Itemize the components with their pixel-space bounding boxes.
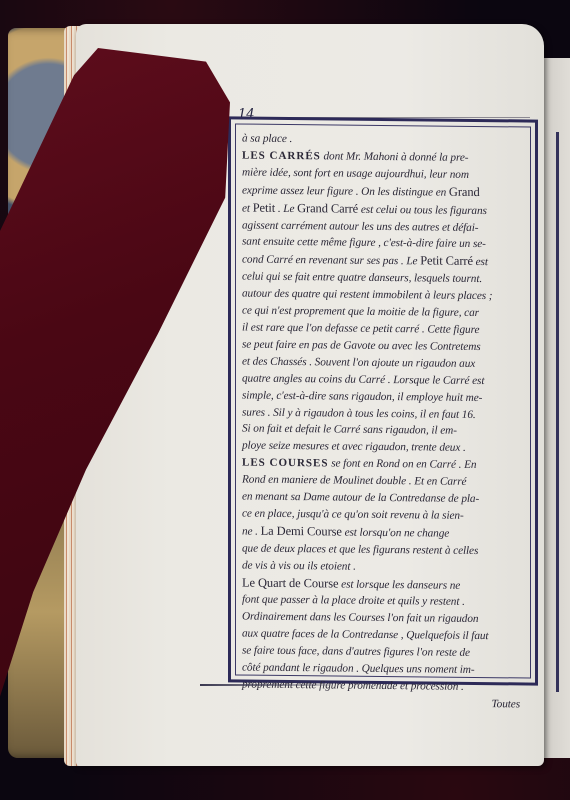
text-span: est lorsqu'on ne change (342, 526, 449, 539)
text-span: Petit Carré (420, 254, 473, 269)
text-line: et Petit . Le Grand Carré est celui ou t… (242, 199, 526, 220)
text-span: cond Carré en revenant sur ses pas . Le (242, 254, 420, 268)
text-span: font que passer à la place droite et qui… (242, 594, 465, 608)
text-span: sures . Sil y à rigaudon à tous les coin… (242, 406, 476, 420)
text-span: Rond en maniere de Moulinet double . Et … (242, 474, 466, 488)
facing-page-frame (556, 132, 570, 692)
text-span: et (242, 202, 253, 214)
text-span: se faire tous face, dans d'autres figure… (242, 645, 470, 659)
text-span: que de deux places et que les figurans r… (242, 542, 478, 556)
text-span: ne . (242, 525, 261, 537)
text-span: La Demi Course (261, 524, 342, 539)
text-span: sant ensuite cette même figure , c'est-à… (242, 236, 486, 251)
text-span: Le Quart de Course (242, 575, 338, 590)
section-heading: LES COURSES (242, 457, 329, 470)
text-span: celui qui se fait entre quatre danseurs,… (242, 271, 482, 286)
text-span: il est rare que l'on defasse ce petit ca… (242, 321, 479, 335)
text-span: Grand (449, 184, 480, 198)
footer-rule (200, 684, 330, 686)
text-span: à sa place . (242, 133, 292, 146)
text-frame: à sa place . LES CARRÉS dont Mr. Mahoni … (228, 116, 538, 685)
text-span: est lorsque les danseurs ne (338, 578, 460, 591)
text-span: agissent carrément autour les uns des au… (242, 219, 478, 233)
text-span: autour des quatre qui restent immobilent… (242, 288, 492, 303)
text-span: . Le (275, 202, 297, 214)
text-frame-inner: à sa place . LES CARRÉS dont Mr. Mahoni … (235, 123, 531, 678)
text-span: ploye seize mesures et avec rigaudon, tr… (242, 440, 466, 454)
text-span: ce en place, jusqu'à ce qu'on soit reven… (242, 507, 464, 521)
text-span: côté pandant le rigaudon . Quelques uns … (242, 662, 475, 676)
text-span: Ordinairement dans les Courses l'on fait… (242, 611, 478, 625)
text-span: ce qui n'est proprement que la moitie de… (242, 305, 479, 319)
text-span: Grand Carré (297, 201, 358, 216)
text-span: en menant sa Dame autour de la Contredan… (242, 491, 479, 505)
text-span: exprime assez leur figure . On les disti… (242, 184, 449, 198)
text-span: mière idée, sont fort en usage aujourdhu… (242, 166, 469, 180)
body-text: à sa place . LES CARRÉS dont Mr. Mahoni … (242, 131, 526, 697)
text-span: Si on fait et defait le Carré sans rigau… (242, 423, 457, 437)
text-span: de vis à vis ou ils etoient . (242, 559, 356, 572)
text-span: Petit (253, 200, 275, 214)
text-span: et des Chassés . Souvent l'on ajoute un … (242, 355, 475, 369)
text-span: quatre angles au coins du Carré . Lorsqu… (242, 372, 484, 387)
text-span: se font en Rond on en Carré . En (329, 458, 477, 472)
text-span: aux quatre faces de la Contredanse , Que… (242, 628, 488, 643)
text-span: simple, c'est-à-dire sans rigaudon, il e… (242, 389, 482, 404)
section-heading: LES CARRÉS (242, 149, 321, 162)
catchword: Toutes (242, 693, 526, 713)
text-line: proprement cette figure promenade et pro… (242, 677, 526, 697)
text-span: se peut faire en pas de Gavote ou avec l… (242, 338, 481, 352)
text-span: dont Mr. Mahoni à donné la pre- (321, 150, 469, 164)
text-span: est celui ou tous les figurans (358, 203, 487, 216)
text-span: est (473, 256, 488, 268)
